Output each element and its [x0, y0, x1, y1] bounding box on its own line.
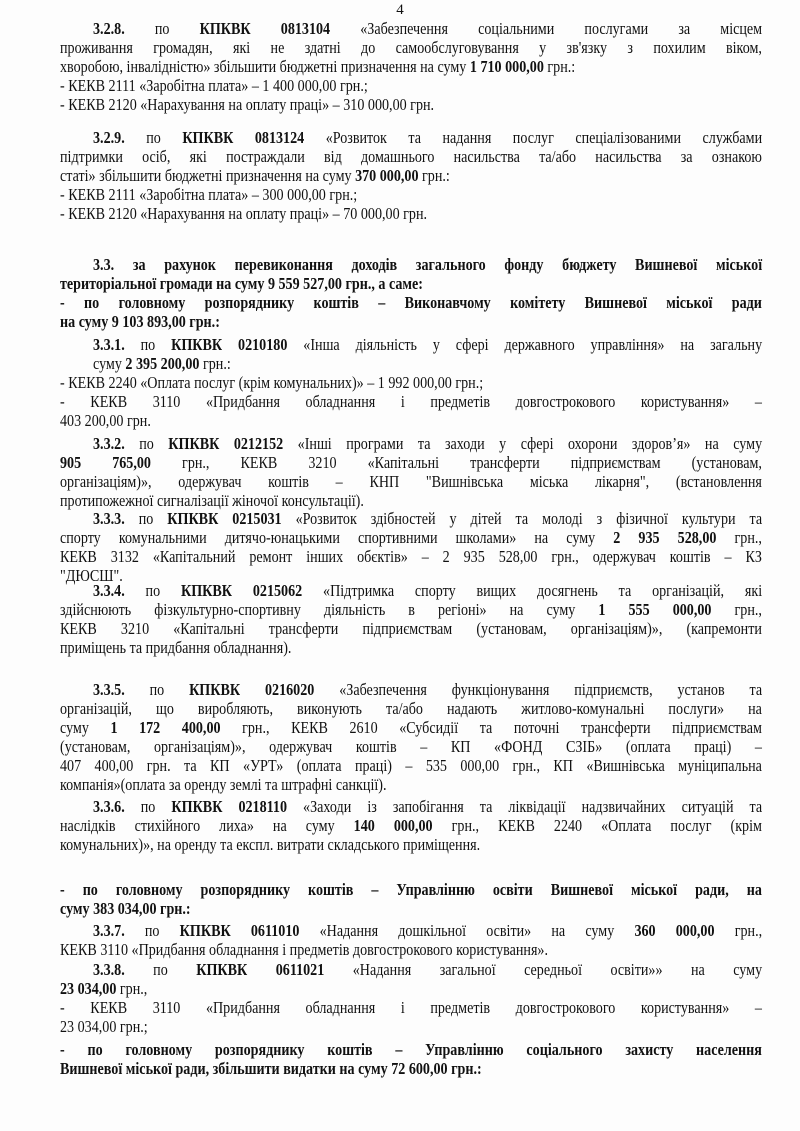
text-line: КЕКВ 3132 «Капітальний ремонт інших обєк… — [60, 547, 762, 566]
bold-text: 140 000,00 — [354, 816, 433, 835]
text: організаціям)», одержувач коштів – КНП "… — [60, 472, 762, 491]
text: по — [125, 19, 200, 38]
text-line: 905 765,00 грн., КЕКВ 3210 «Капітальні т… — [60, 453, 762, 472]
bold-text: - по головному розпоряднику коштів – Вик… — [60, 293, 762, 312]
text-line: - КЕКВ 2120 «Нарахування на оплату праці… — [60, 204, 762, 223]
bold-text: 3.3.8. — [93, 960, 125, 979]
text: - КЕКВ 3110 «Придбання обладнання і пред… — [60, 998, 762, 1017]
text-line: - КЕКВ 2111 «Заробітна плата» – 300 000,… — [60, 185, 762, 204]
text-line: організаціям)», одержувач коштів – КНП "… — [60, 472, 762, 491]
bold-text: Вишневої міської ради, збільшити видатки… — [60, 1059, 482, 1078]
text-line: - КЕКВ 2120 «Нарахування на оплату праці… — [60, 95, 762, 114]
text: «Надання дошкільної освіти» на суму — [299, 921, 634, 940]
page-number: 4 — [0, 2, 800, 19]
bold-text: 3.3.5. — [93, 680, 125, 699]
bold-text: КПКВК 0215031 — [167, 509, 281, 528]
text-line: 3.3.2. по КПКВК 0212152 «Інші програми т… — [93, 434, 762, 453]
text: по — [125, 509, 168, 528]
text-line: 407 400,00 грн. та КП «УРТ» (оплата прац… — [60, 756, 762, 775]
text: грн., — [116, 979, 147, 998]
text: проживання громадян, які не здатні до са… — [60, 38, 762, 57]
text-line: проживання громадян, які не здатні до са… — [60, 38, 762, 57]
text: «Заходи із запобігання та ліквідації над… — [287, 797, 762, 816]
text: «Розвиток здібностей у дітей та молоді з… — [282, 509, 763, 528]
bold-text: КПКВК 0813104 — [200, 19, 331, 38]
text: - КЕКВ 2120 «Нарахування на оплату праці… — [60, 204, 427, 223]
bold-text: 2 395 200,00 — [125, 354, 199, 373]
text: по — [125, 581, 181, 600]
text: грн., КЕКВ 2610 «Субсидії та поточні тра… — [221, 718, 762, 737]
bold-text: 3.3.1. — [93, 335, 125, 354]
bold-text: 1 172 400,00 — [110, 718, 220, 737]
text: - КЕКВ 2240 «Оплата послуг (крім комунал… — [60, 373, 483, 392]
bold-text: територіальної громади на суму 9 559 527… — [60, 274, 423, 293]
bold-text: КПКВК 0611021 — [196, 960, 324, 979]
text: грн., КЕКВ 3210 «Капітальні трансферти п… — [151, 453, 762, 472]
text-line: - по головному розпоряднику коштів – Упр… — [60, 880, 762, 899]
text-line: компанія»(оплата за оренду землі та штра… — [60, 775, 762, 794]
bold-text: 360 000,00 — [634, 921, 714, 940]
text: по — [125, 128, 183, 147]
text: - КЕКВ 2120 «Нарахування на оплату праці… — [60, 95, 434, 114]
text: «Забезпечення функціонування підприємств… — [314, 680, 762, 699]
text-line: здійснюють фізкультурно-спортивну діяльн… — [60, 600, 762, 619]
text-line: КЕКВ 3110 «Придбання обладнання і предме… — [60, 940, 762, 959]
text-line: (установам, організаціям)», одержувач ко… — [60, 737, 762, 756]
text: (установам, організаціям)», одержувач ко… — [60, 737, 762, 756]
text: КЕКВ 3132 «Капітальний ремонт інших обєк… — [60, 547, 762, 566]
text: - КЕКВ 3110 «Придбання обладнання і пред… — [60, 392, 762, 411]
text-line: протипожежної сигналізації жіночої консу… — [60, 491, 762, 510]
bold-text: 905 765,00 — [60, 453, 151, 472]
bold-text: 1 710 000,00 — [470, 57, 544, 76]
text-line: - КЕКВ 3110 «Придбання обладнання і пред… — [60, 392, 762, 411]
text-line: 3.3.8. по КПКВК 0611021 «Надання загальн… — [93, 960, 762, 979]
text: 403 200,00 грн. — [60, 411, 151, 430]
text-line: територіальної громади на суму 9 559 527… — [60, 274, 762, 293]
bold-text: 3.3.7. — [93, 921, 125, 940]
text: суму — [93, 354, 125, 373]
text: по — [125, 921, 180, 940]
text: по — [125, 960, 197, 979]
bold-text: 2 935 528,00 — [613, 528, 716, 547]
text: грн., КЕКВ 2240 «Оплата послуг (крім — [433, 816, 762, 835]
text: суму — [60, 718, 110, 737]
text-line: КЕКВ 3210 «Капітальні трансферти підприє… — [60, 619, 762, 638]
text-line: 3.3.5. по КПКВК 0216020 «Забезпечення фу… — [93, 680, 762, 699]
text: «Забезпечення соціальними послугами за м… — [330, 19, 762, 38]
text-line: - КЕКВ 2111 «Заробітна плата» – 1 400 00… — [60, 76, 762, 95]
text: грн., — [716, 528, 762, 547]
text: «Інша діяльність у сфері державного упра… — [287, 335, 762, 354]
bold-text: 370 000,00 — [355, 166, 418, 185]
text: грн., — [711, 600, 761, 619]
bold-text: 23 034,00 — [60, 979, 116, 998]
bold-text: 3.3. за рахунок перевиконання доходів за… — [93, 255, 762, 274]
text-line: суму 2 395 200,00 грн.: — [93, 354, 762, 373]
text-line: 3.3.3. по КПКВК 0215031 «Розвиток здібно… — [93, 509, 762, 528]
bold-text: КПКВК 0212152 — [168, 434, 283, 453]
text-line: 3.3.6. по КПКВК 0218110 «Заходи із запоб… — [93, 797, 762, 816]
document-page: 4 3.2.8. по КПКВК 0813104 «Забезпечення … — [0, 0, 800, 1131]
bold-text: на суму 9 103 893,00 грн.: — [60, 312, 220, 331]
bold-text: КПКВК 0813124 — [182, 128, 304, 147]
bold-text: КПКВК 0215062 — [181, 581, 302, 600]
text: організацій, що виробляють, виконують та… — [60, 699, 762, 718]
bold-text: 3.3.4. — [93, 581, 125, 600]
bold-text: 3.3.2. — [93, 434, 125, 453]
text-line: 3.3.1. по КПКВК 0210180 «Інша діяльність… — [93, 335, 762, 354]
text-line: хворобою, інвалідністю» збільшити бюджет… — [60, 57, 762, 76]
text-line: Вишневої міської ради, збільшити видатки… — [60, 1059, 762, 1078]
bold-text: - по головному розпоряднику коштів – Упр… — [60, 1040, 762, 1059]
text: здійснюють фізкультурно-спортивну діяльн… — [60, 600, 598, 619]
text: грн.: — [544, 57, 575, 76]
text: КЕКВ 3210 «Капітальні трансферти підприє… — [60, 619, 762, 638]
text-line: - по головному розпоряднику коштів – Вик… — [60, 293, 762, 312]
text: грн.: — [418, 166, 449, 185]
text: протипожежної сигналізації жіночої консу… — [60, 491, 364, 510]
bold-text: КПКВК 0210180 — [171, 335, 287, 354]
text-line: суму 1 172 400,00 грн., КЕКВ 2610 «Субси… — [60, 718, 762, 737]
text: наслідків стихійного лиха» на суму — [60, 816, 354, 835]
text-line: 3.3.4. по КПКВК 0215062 «Підтримка спорт… — [93, 581, 762, 600]
text-line: 3.3.7. по КПКВК 0611010 «Надання дошкіль… — [93, 921, 762, 940]
text: спорту комунальними дитячо-юнацькими спо… — [60, 528, 613, 547]
text-line: організацій, що виробляють, виконують та… — [60, 699, 762, 718]
text: «Підтримка спорту вищих досягнень та орг… — [302, 581, 762, 600]
text-line: 23 034,00 грн., — [60, 979, 762, 998]
text: по — [125, 680, 189, 699]
text-line: - КЕКВ 3110 «Придбання обладнання і пред… — [60, 998, 762, 1017]
text: приміщень та придбання обладнання). — [60, 638, 291, 657]
text: по — [125, 797, 172, 816]
bold-text: 1 555 000,00 — [598, 600, 711, 619]
text: - КЕКВ 2111 «Заробітна плата» – 1 400 00… — [60, 76, 368, 95]
text: компанія»(оплата за оренду землі та штра… — [60, 775, 387, 794]
bold-text: суму 383 034,00 грн.: — [60, 899, 191, 918]
bold-text: 3.2.9. — [93, 128, 125, 147]
text: 23 034,00 грн.; — [60, 1017, 148, 1036]
text-line: спорту комунальними дитячо-юнацькими спо… — [60, 528, 762, 547]
text-line: 403 200,00 грн. — [60, 411, 762, 430]
text: хворобою, інвалідністю» збільшити бюджет… — [60, 57, 470, 76]
bold-text: 3.3.6. — [93, 797, 125, 816]
bold-text: КПКВК 0216020 — [189, 680, 314, 699]
text-line: - КЕКВ 2240 «Оплата послуг (крім комунал… — [60, 373, 762, 392]
text: по — [125, 434, 169, 453]
text-line: комунальних)», на оренду та експл. витра… — [60, 835, 762, 854]
bold-text: 3.3.3. — [93, 509, 125, 528]
text-line: 3.3. за рахунок перевиконання доходів за… — [93, 255, 762, 274]
text-line: 23 034,00 грн.; — [60, 1017, 762, 1036]
text: підтримки осіб, які постраждали від дома… — [60, 147, 762, 166]
text: комунальних)», на оренду та експл. витра… — [60, 835, 480, 854]
text-line: 3.2.8. по КПКВК 0813104 «Забезпечення со… — [93, 19, 762, 38]
text: статі» збільшити бюджетні призначення на… — [60, 166, 355, 185]
bold-text: - по головному розпоряднику коштів – Упр… — [60, 880, 762, 899]
bold-text: 3.2.8. — [93, 19, 125, 38]
text: - КЕКВ 2111 «Заробітна плата» – 300 000,… — [60, 185, 357, 204]
text-line: - по головному розпоряднику коштів – Упр… — [60, 1040, 762, 1059]
text-line: суму 383 034,00 грн.: — [60, 899, 762, 918]
text: грн.: — [199, 354, 230, 373]
text: 407 400,00 грн. та КП «УРТ» (оплата прац… — [60, 756, 762, 775]
text: грн., — [715, 921, 763, 940]
text: по — [125, 335, 171, 354]
bold-text: КПКВК 0611010 — [180, 921, 300, 940]
text: «Інші програми та заходи у сфері охорони… — [283, 434, 762, 453]
bold-text: КПКВК 0218110 — [171, 797, 287, 816]
text-line: наслідків стихійного лиха» на суму 140 0… — [60, 816, 762, 835]
text-line: статі» збільшити бюджетні призначення на… — [60, 166, 762, 185]
text: «Розвиток та надання послуг спеціалізова… — [304, 128, 762, 147]
text-line: приміщень та придбання обладнання). — [60, 638, 762, 657]
text: «Надання загальної середньої освіти»» на… — [324, 960, 762, 979]
text-line: підтримки осіб, які постраждали від дома… — [60, 147, 762, 166]
text: КЕКВ 3110 «Придбання обладнання і предме… — [60, 940, 548, 959]
text-line: на суму 9 103 893,00 грн.: — [60, 312, 762, 331]
text-line: 3.2.9. по КПКВК 0813124 «Розвиток та над… — [93, 128, 762, 147]
